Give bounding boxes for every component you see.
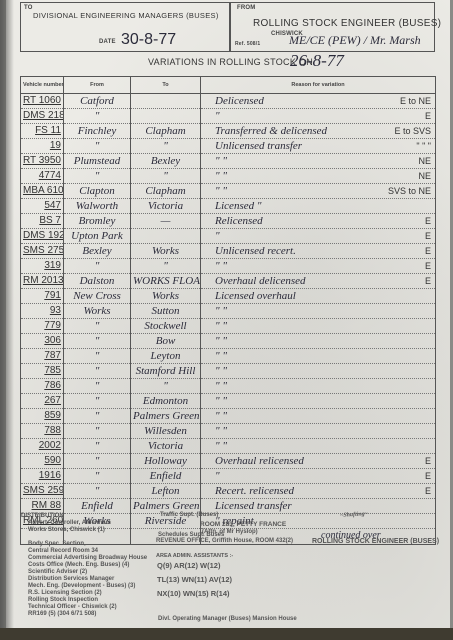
from-garage: " (64, 334, 131, 349)
reason-cell: Overhaul delicensedE (201, 274, 436, 289)
to-garage: Works (131, 244, 201, 259)
vehicle-number: 779 (21, 319, 64, 334)
vehicle-number: 4774 (21, 169, 64, 184)
to-garage: Victoria (131, 199, 201, 214)
reason-text: " " (215, 319, 227, 333)
status-code: E (425, 229, 431, 243)
from-garage: New Cross (64, 289, 131, 304)
from-garage: " (64, 109, 131, 124)
reason-cell: " " (201, 394, 436, 409)
schedules-attn: (Attn. of Mr Hyslop) (202, 529, 258, 536)
table-row: SMS 275BexleyWorksUnlicensed recert.E (21, 244, 436, 259)
reason-text: Recert. relicensed (215, 484, 294, 498)
to-box: TO DIVISIONAL ENGINEERING MANAGERS (BUSE… (20, 2, 230, 52)
distribution-line: Body Spec. Section, (28, 541, 147, 548)
table-row: 590"HollowayOverhaul relicensedE (21, 454, 436, 469)
table-row: 306"Bow" " (21, 334, 436, 349)
from-garage: " (64, 319, 131, 334)
to-garage: — (131, 214, 201, 229)
reason-cell: " " (201, 334, 436, 349)
from-garage: " (64, 424, 131, 439)
table-row: 786""" " (21, 379, 436, 394)
distribution-line: Commercial Advertising Broadway House (28, 555, 147, 562)
reason-cell: " "E (201, 259, 436, 274)
vehicle-number: 786 (21, 379, 64, 394)
distribution-line: Works Stores, Chiswick (1) (28, 527, 147, 534)
status-code: E (425, 469, 431, 483)
from-value: ROLLING STOCK ENGINEER (BUSES) (253, 18, 441, 29)
status-code: E (425, 274, 431, 288)
scan-bottom-edge (0, 628, 453, 640)
reason-cell: Transferred & delicensedE to SVS (201, 124, 436, 139)
status-code: NE (418, 154, 431, 168)
to-value: DIVISIONAL ENGINEERING MANAGERS (BUSES) (33, 11, 219, 20)
reason-cell: " " (201, 424, 436, 439)
to-garage: Bexley (131, 154, 201, 169)
status-code: " " " (416, 139, 431, 153)
title-date: 26-8-77 (290, 51, 344, 71)
status-code: E (425, 244, 431, 258)
ref-label: Ref. 508/1 (235, 41, 260, 47)
from-garage: Walworth (64, 199, 131, 214)
from-garage: " (64, 169, 131, 184)
table-row: 93WorksSutton" " (21, 304, 436, 319)
ref-handwritten: ME/CE (PEW) / Mr. Marsh (289, 33, 421, 48)
vehicle-number: SMS 259 (21, 484, 64, 499)
reason-text: " " (215, 379, 227, 393)
distribution-label: DISTRIBUTION (21, 513, 64, 520)
table-row: 2002"Victoria" " (21, 439, 436, 454)
reason-text: Licensed overhaul (215, 289, 296, 303)
from-garage: Dalston (64, 274, 131, 289)
to-garage: Lefton (131, 484, 201, 499)
revenue-office: REVENUE OFFICE, Griffith House, ROOM 432… (156, 538, 293, 545)
status-code: E (425, 109, 431, 123)
distribution-line: R.S. Licensing Section (2) (28, 590, 147, 597)
reason-text: " (215, 109, 220, 123)
status-code: E (425, 259, 431, 273)
reason-text: Overhaul relicensed (215, 454, 304, 468)
distribution-list: Advert. Controller, AldenhamWorks Stores… (28, 520, 147, 618)
reason-text: Transferred & delicensed (215, 124, 327, 138)
vehicle-number: DMS 2181 (21, 109, 64, 124)
to-garage: Holloway (131, 454, 201, 469)
reason-cell: "E (201, 109, 436, 124)
distribution-line (28, 534, 147, 541)
from-garage: " (64, 454, 131, 469)
from-garage: " (64, 484, 131, 499)
vehicle-number: RT 3950 (21, 154, 64, 169)
vehicle-number: 547 (21, 199, 64, 214)
vehicle-number: 1916 (21, 469, 64, 484)
table-row: 785"Stamford Hill" " (21, 364, 436, 379)
reason-cell: " " (201, 409, 436, 424)
reason-text: Licensed transfer (215, 499, 292, 513)
date-label: DATE (99, 39, 116, 45)
reason-text: " " (215, 394, 227, 408)
to-garage (131, 109, 201, 124)
date-value: 30-8-77 (121, 31, 176, 49)
divl-manager: Divl. Operating Manager (Buses) Mansion … (158, 616, 297, 623)
vehicle-number: DMS 1921 (21, 229, 64, 244)
distribution-line: Rolling Stock Inspection (28, 597, 147, 604)
vehicle-number: 787 (21, 349, 64, 364)
reason-text: " " (215, 154, 227, 168)
to-garage: Clapham (131, 184, 201, 199)
reason-text: " " (215, 184, 227, 198)
table-row: 788"Willesden" " (21, 424, 436, 439)
to-garage: Edmonton (131, 394, 201, 409)
vehicle-number: MBA 610 (21, 184, 64, 199)
from-garage: Plumstead (64, 154, 131, 169)
table-row: RM 88EnfieldPalmers GreenLicensed transf… (21, 499, 436, 514)
table-row: 1916"Enfield"E (21, 469, 436, 484)
distribution-line: Advert. Controller, Aldenham (28, 520, 147, 527)
to-garage: Works (131, 289, 201, 304)
table-row: RT 3950PlumsteadBexley" "NE (21, 154, 436, 169)
table-row: 19""Unlicensed transfer" " " (21, 139, 436, 154)
col-to: To (131, 77, 201, 94)
reason-text: Relicensed (215, 214, 263, 228)
to-garage: Stamford Hill (131, 364, 201, 379)
distribution-line: Central Record Room 34 (28, 548, 147, 555)
from-garage: Clapton (64, 184, 131, 199)
reason-text: " " (215, 304, 227, 318)
reason-text: Delicensed (215, 94, 264, 108)
reason-text: " (215, 229, 220, 243)
reason-cell: " " (201, 364, 436, 379)
from-box: FROM ROLLING STOCK ENGINEER (BUSES) CHIS… (230, 2, 435, 52)
table-row: 4774""" "NE (21, 169, 436, 184)
from-garage: " (64, 439, 131, 454)
to-garage: Stockwell (131, 319, 201, 334)
distribution-line: Costs Office (Mech. Eng. Buses) (4) (28, 562, 147, 569)
reason-cell: Licensed " (201, 199, 436, 214)
from-garage: " (64, 469, 131, 484)
from-garage: Catford (64, 94, 131, 109)
from-garage: Bromley (64, 214, 131, 229)
distribution-line: Mech. Eng. (Development - Buses) (3) (28, 583, 147, 590)
reason-text: " " (215, 349, 227, 363)
vehicle-number: 306 (21, 334, 64, 349)
from-garage: Finchley (64, 124, 131, 139)
status-code: E to NE (400, 94, 431, 108)
page-title: VARIATIONS IN ROLLING STOCK ON (148, 57, 313, 67)
vehicle-number: SMS 275 (21, 244, 64, 259)
to-garage: Enfield (131, 469, 201, 484)
vehicle-number: 2002 (21, 439, 64, 454)
reason-text: " " (215, 364, 227, 378)
table-row: SMS 259"LeftonRecert. relicensedE (21, 484, 436, 499)
table-row: 779"Stockwell" " (21, 319, 436, 334)
distribution-line: RR169 (5) (304 6/71 508) (28, 611, 147, 618)
reason-cell: DelicensedE to NE (201, 94, 436, 109)
reason-text: " " (215, 424, 227, 438)
from-garage: Bexley (64, 244, 131, 259)
reason-cell: RelicensedE (201, 214, 436, 229)
from-garage: " (64, 139, 131, 154)
distribution-line: Technical Officer - Chiswick (2) (28, 604, 147, 611)
vehicle-number: RM 2013 (21, 274, 64, 289)
col-from: From (64, 77, 131, 94)
area-asst-label: AREA ADMIN. ASSISTANTS :- (156, 553, 233, 560)
reason-cell: Recert. relicensedE (201, 484, 436, 499)
vehicle-number: RM 88 (21, 499, 64, 514)
room-note: ROOM 283, PETTY FRANCE (200, 521, 286, 528)
reason-text: " " (215, 439, 227, 453)
status-code: E (425, 214, 431, 228)
reason-cell: " "NE (201, 169, 436, 184)
from-garage: " (64, 394, 131, 409)
reason-cell: " " (201, 319, 436, 334)
reason-cell: " "SVS to NE (201, 184, 436, 199)
to-label: TO (24, 5, 33, 11)
to-garage: " (131, 259, 201, 274)
to-garage: " (131, 139, 201, 154)
vehicle-number: 93 (21, 304, 64, 319)
status-code: NE (418, 169, 431, 183)
table-row: 787"Leyton" " (21, 349, 436, 364)
from-garage: " (64, 379, 131, 394)
table-row: 319""" "E (21, 259, 436, 274)
traffic-supt: Traffic Supt. (Buses) (160, 512, 218, 519)
status-code: SVS to NE (388, 184, 431, 198)
from-garage: " (64, 349, 131, 364)
reason-cell: Licensed overhaul (201, 289, 436, 304)
table-row: RM 2013DalstonWORKS FLOATOverhaul delice… (21, 274, 436, 289)
to-garage: WORKS FLOAT (131, 274, 201, 289)
table-row: DMS 1921Upton Park"E (21, 229, 436, 244)
vehicle-number: 791 (21, 289, 64, 304)
status-code: E to SVS (394, 124, 431, 138)
vehicle-number: BS 7 (21, 214, 64, 229)
table-header-row: Vehicle number From To Reason for variat… (21, 77, 436, 94)
reason-text: Licensed " (215, 199, 261, 213)
from-garage: Upton Park (64, 229, 131, 244)
reason-cell: " " (201, 439, 436, 454)
reason-cell: " "NE (201, 154, 436, 169)
from-label: FROM (237, 5, 255, 11)
distribution-line: Scientific Adviser (2) (28, 569, 147, 576)
area-line-3: NX(10) WN(15) R(14) (157, 589, 230, 598)
to-garage: " (131, 379, 201, 394)
table-row: 547WalworthVictoriaLicensed " (21, 199, 436, 214)
to-garage: Clapham (131, 124, 201, 139)
reason-cell: Licensed transfer (201, 499, 436, 514)
reason-cell: Unlicensed recert.E (201, 244, 436, 259)
col-vehicle-number: Vehicle number (21, 77, 64, 94)
table-row: 791New CrossWorksLicensed overhaul (21, 289, 436, 304)
vehicle-number: 788 (21, 424, 64, 439)
reason-cell: " " (201, 379, 436, 394)
table-row: FS 11FinchleyClaphamTransferred & delice… (21, 124, 436, 139)
area-line-1: Q(9) AR(12) W(12) (157, 561, 220, 570)
table-body: RT 1060CatfordDelicensedE to NEDMS 2181"… (21, 94, 436, 545)
vehicle-number: 859 (21, 409, 64, 424)
to-garage (131, 229, 201, 244)
reason-text: " " (215, 169, 227, 183)
vehicle-number: 785 (21, 364, 64, 379)
from-garage: " (64, 364, 131, 379)
vehicle-number: 590 (21, 454, 64, 469)
from-garage: " (64, 409, 131, 424)
vehicle-number: 267 (21, 394, 64, 409)
scan-shadow (0, 0, 14, 640)
reason-text: " (215, 469, 220, 483)
reason-cell: Unlicensed transfer" " " (201, 139, 436, 154)
to-garage: Leyton (131, 349, 201, 364)
to-garage: Bow (131, 334, 201, 349)
reason-text: Overhaul delicensed (215, 274, 306, 288)
reason-cell: "E (201, 469, 436, 484)
reason-cell: "E (201, 229, 436, 244)
reason-text: " " (215, 259, 227, 273)
reason-cell: Overhaul relicensedE (201, 454, 436, 469)
to-garage: Sutton (131, 304, 201, 319)
table-row: MBA 610ClaptonClapham" "SVS to NE (21, 184, 436, 199)
status-code: E (425, 454, 431, 468)
signatory: ROLLING STOCK ENGINEER (BUSES) (312, 538, 439, 545)
from-garage: Works (64, 304, 131, 319)
from-garage: " (64, 259, 131, 274)
to-garage: " (131, 169, 201, 184)
to-garage: Palmers Green (131, 409, 201, 424)
vehicle-number: RT 1060 (21, 94, 64, 109)
area-line-2: TL(13) WN(11) AV(12) (157, 575, 232, 584)
reason-text: Unlicensed transfer (215, 139, 302, 153)
to-garage: Victoria (131, 439, 201, 454)
table-row: 267"Edmonton" " (21, 394, 436, 409)
to-garage: Willesden (131, 424, 201, 439)
table-row: BS 7Bromley—RelicensedE (21, 214, 436, 229)
status-code: E (425, 484, 431, 498)
table-row: DMS 2181""E (21, 109, 436, 124)
from-garage: Enfield (64, 499, 131, 514)
reason-cell: " " (201, 304, 436, 319)
reason-text: Unlicensed recert. (215, 244, 296, 258)
vehicle-number: 319 (21, 259, 64, 274)
reason-text: " " (215, 409, 227, 423)
distribution-line: Distribution Services Manager (28, 576, 147, 583)
col-reason: Reason for variation (201, 77, 436, 94)
vehicle-number: FS 11 (21, 124, 64, 139)
variations-table: Vehicle number From To Reason for variat… (20, 76, 436, 545)
to-garage (131, 94, 201, 109)
vehicle-number: 19 (21, 139, 64, 154)
reason-cell: " " (201, 349, 436, 364)
table-row: RT 1060CatfordDelicensedE to NE (21, 94, 436, 109)
reason-text: " " (215, 334, 227, 348)
table-row: 859"Palmers Green" " (21, 409, 436, 424)
